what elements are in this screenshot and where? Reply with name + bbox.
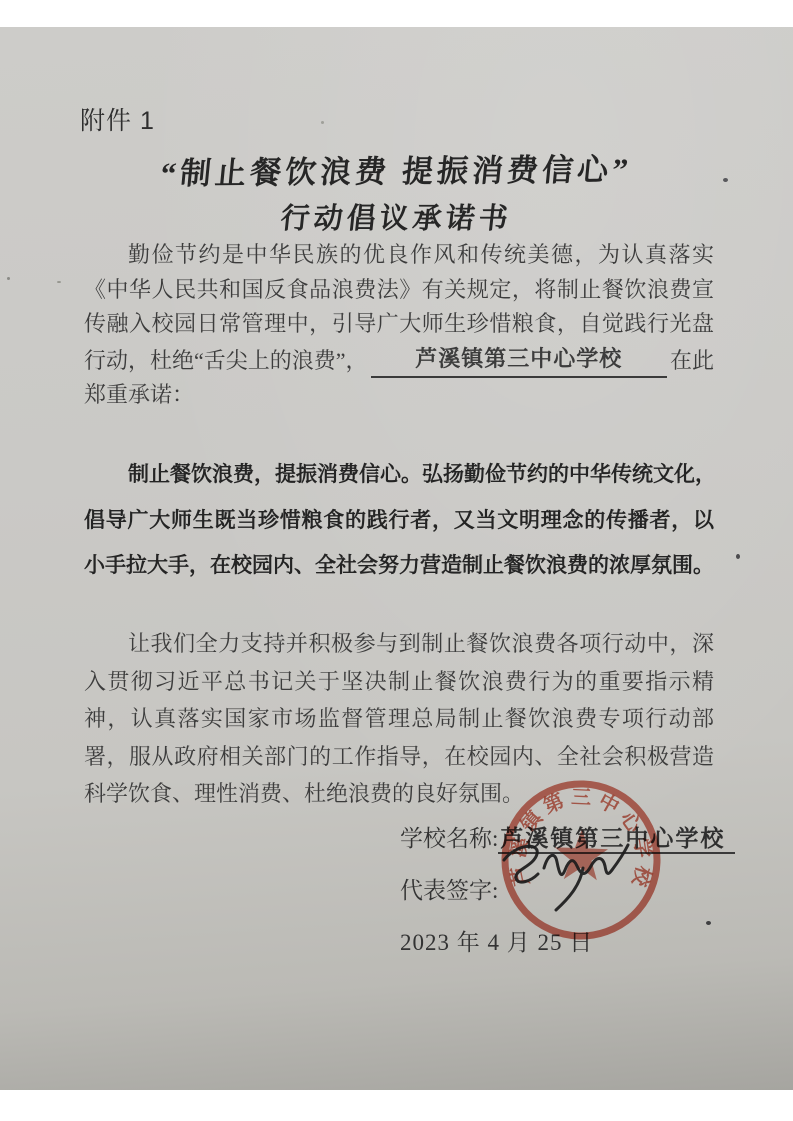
scan-speck [321, 121, 324, 124]
fill-in-blank-school-name: 芦溪镇第三中心学校 [371, 342, 667, 379]
sign-label: 代表签字: [400, 878, 498, 903]
paragraph-line: 《中华人民共和国反食品浪费法》有关规定，将制止餐饮浪费宣 [84, 273, 714, 308]
signature-scribble-icon [486, 836, 650, 920]
blank-suffix-text: 在此 [670, 344, 714, 379]
attachment-label: 附件 1 [80, 101, 155, 137]
school-name-label: 学校名称: [400, 826, 498, 851]
paragraph-line: 让我们全力支持并积极参与到制止餐饮浪费各项行动中，深 [84, 625, 714, 663]
paragraph-line: 署，服从政府相关部门的工作指导，在校园内、全社会积极营造 [84, 738, 714, 776]
scan-speck [7, 277, 10, 280]
paragraph-line: 传融入校园日常管理中，引导广大师生珍惜粮食，自觉践行光盘 [84, 307, 714, 342]
blank-prefix-text: 行动，杜绝“舌尖上的浪费”， [84, 344, 368, 379]
paragraph-line: 入贯彻习近平总书记关于坚决制止餐饮浪费行为的重要指示精 [84, 663, 714, 701]
paragraph-line: 小手拉大手，在校园内、全社会努力营造制止餐饮浪费的浓厚氛围。 [84, 543, 714, 589]
paragraph-pledge-bold: 制止餐饮浪费，提振消费信心。弘扬勤俭节约的中华传统文化， 倡导广大师生既当珍惜粮… [84, 452, 714, 589]
paragraph-intro: 勤俭节约是中华民族的优良作风和传统美德，为认真落实 《中华人民共和国反食品浪费法… [84, 238, 714, 413]
scan-speck [57, 281, 61, 283]
paragraph-line: 勤俭节约是中华民族的优良作风和传统美德，为认真落实 [84, 238, 714, 273]
scan-speck [706, 921, 711, 925]
scan-speck [736, 554, 740, 559]
scan-speck [723, 178, 728, 182]
document-title-line1: “制止餐饮浪费 提振消费信心” [0, 143, 793, 195]
paragraph-line-with-blank: 行动，杜绝“舌尖上的浪费”， 芦溪镇第三中心学校 在此 [84, 342, 714, 379]
paragraph-line: 制止餐饮浪费，提振消费信心。弘扬勤俭节约的中华传统文化， [84, 452, 714, 498]
paragraph-line: 倡导广大师生既当珍惜粮食的践行者，又当文明理念的传播者，以 [84, 498, 714, 544]
paragraph-line: 神，认真落实国家市场监督管理总局制止餐饮浪费专项行动部 [84, 700, 714, 738]
document-title-line2: 行动倡议承诺书 [0, 196, 793, 237]
scanned-document-photo: 附件 1 “制止餐饮浪费 提振消费信心” 行动倡议承诺书 勤俭节约是中华民族的优… [0, 0, 793, 1121]
paragraph-line: 郑重承诺： [84, 378, 714, 413]
